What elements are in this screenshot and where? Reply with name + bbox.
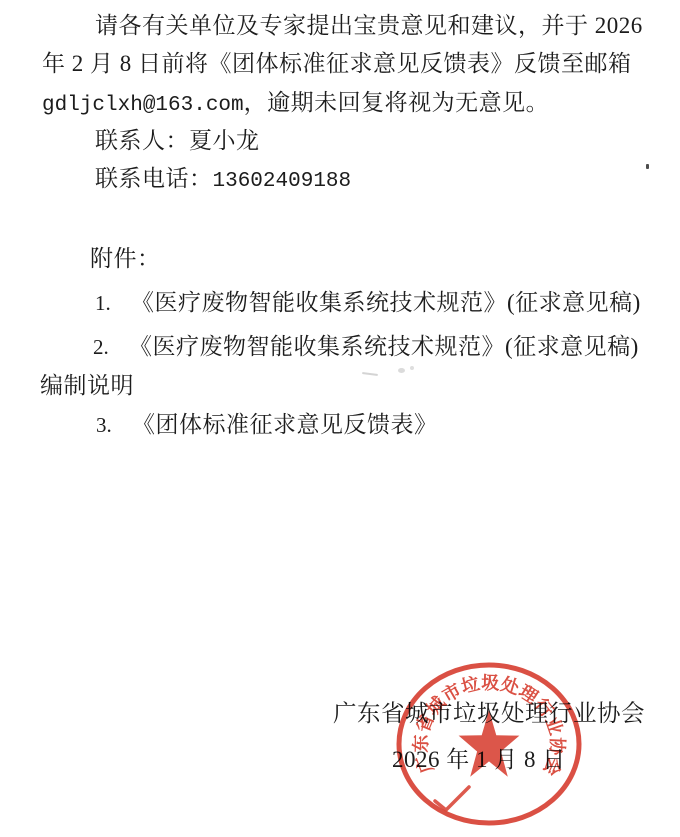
attachment-item-1-number: 1. [95, 288, 119, 318]
contact-person-line: 联系人：夏小龙 [95, 126, 260, 156]
attachment-item-3-number: 3. [96, 410, 120, 440]
request-paragraph-line-3: gdljclxh@163.com，逾期未回复将视为无意见。 [42, 88, 549, 121]
attachment-item-2-title: 《医疗废物智能收集系统技术规范》(征求意见稿) [129, 334, 639, 359]
request-paragraph-line-2: 年 2 月 8 日前将《团体标准征求意见反馈表》反馈至邮箱 [42, 49, 632, 79]
feedback-email: gdljclxh@163.com [42, 94, 244, 117]
attachments-heading: 附件： [90, 244, 161, 274]
attachment-item-3: 3.《团体标准征求意见反馈表》 [96, 410, 438, 440]
scan-smudge [410, 366, 414, 370]
attachment-item-1-title: 《医疗废物智能收集系统技术规范》(征求意见稿) [131, 290, 641, 315]
check-mark [435, 787, 469, 810]
attachment-item-3-title: 《团体标准征求意见反馈表》 [132, 412, 438, 437]
attachment-item-1: 1.《医疗废物智能收集系统技术规范》(征求意见稿) [95, 288, 641, 318]
deadline-note: ，逾期未回复将视为无意见。 [244, 90, 550, 115]
star-icon [459, 710, 520, 777]
contact-phone-label: 联系电话： [95, 166, 213, 191]
attachment-item-2-number: 2. [93, 332, 117, 362]
attachment-item-2-continuation: 编制说明 [40, 371, 134, 401]
official-seal: 广东省城市垃圾处理行业协会 [393, 660, 585, 837]
contact-phone-line: 联系电话：13602409188 [95, 164, 351, 197]
scanned-document-page: 请各有关单位及专家提出宝贵意见和建议，并于 2026 年 2 月 8 日前将《团… [0, 0, 680, 837]
scan-smudge [398, 368, 405, 373]
scan-smudge [362, 372, 378, 376]
contact-phone-number: 13602409188 [213, 170, 352, 193]
scan-speck [646, 164, 649, 169]
attachment-item-2: 2.《医疗废物智能收集系统技术规范》(征求意见稿) [93, 332, 639, 362]
request-paragraph-line-1: 请各有关单位及专家提出宝贵意见和建议，并于 2026 [95, 11, 643, 41]
